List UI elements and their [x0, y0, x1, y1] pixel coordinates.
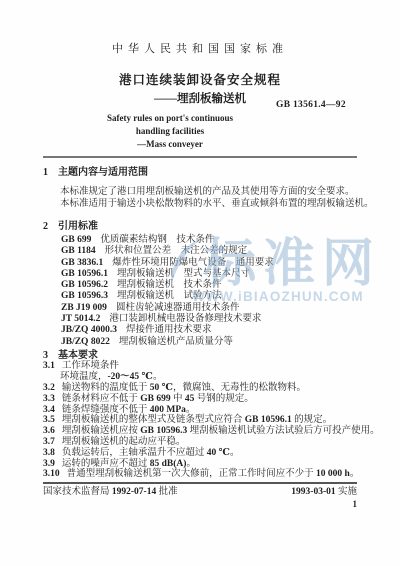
title-en-line-2: handling facilities [30, 125, 310, 138]
reference-name: 埋刮板输送机 技术条件 [117, 280, 222, 290]
reference-code: JT 5014.2 [61, 314, 100, 324]
requirement-item: 3.2输送物料的温度低于 50 ℃，微腐蚀、无毒性的松散物料。 [43, 383, 357, 394]
reference-name: 爆炸性环境用防爆电气设备 通用要求 [112, 258, 274, 268]
section-3-number: 3 [43, 350, 48, 361]
reference-code: GB 10596.2 [61, 280, 108, 290]
clause-number: 3.8 [43, 448, 55, 458]
section-1-paragraph-1: 本标准规定了港口用埋刮板输送机的产品及其使用等方面的安全要求。 [43, 186, 357, 198]
reference-code: JB/ZQ 4000.3 [61, 325, 117, 335]
standard-number: GB 13561.4—92 [276, 100, 346, 110]
clause-text: 埋刮板输送机的起动应平稳。 [62, 437, 186, 447]
footer: 国家技术监督局 1992-07-14 批准 1993-03-01 实施 [43, 487, 357, 498]
reference-item: GB 10596.1埋刮板输送机 型式与基本尺寸 [43, 269, 357, 280]
title-en-line-3: —Mass conveyer [30, 138, 310, 151]
reference-code: GB 699 [61, 235, 91, 245]
standard-document-page: 中华人民共和国国家标准 港口连续装卸设备安全规程 ——埋刮板输送机 GB 135… [0, 0, 400, 566]
section-1-title: 主题内容与适用范围 [58, 167, 148, 178]
reference-item: ZB J19 009圆柱齿轮减速器通用技术条件 [43, 303, 357, 314]
reference-item: JB/ZQ 4000.3焊接件通用技术要求 [43, 325, 357, 336]
section-3-heading: 3基本要求 [43, 350, 357, 362]
reference-name: 形状和位置公差 未注公差的规定 [105, 246, 248, 256]
reference-code: GB 1184 [61, 246, 96, 256]
clause-text: 埋刮板输送机应按 GB 10596.3 埋刮板输送机试验方法试验后方可投产使用。 [62, 426, 380, 436]
footer-divider [43, 482, 357, 484]
requirement-list: 3.1工作环境条件 环境温度，-20～45 ℃。 3.2输送物料的温度低于 50… [43, 361, 357, 480]
requirement-item: 3.4链条焊缝强度不低于 400 MPa。 [43, 405, 357, 416]
requirement-item: 3.6埋刮板输送机应按 GB 10596.3 埋刮板输送机试验方法试验后方可投产… [43, 426, 357, 437]
clause-number: 3.4 [43, 405, 55, 415]
reference-code: GB 3836.1 [61, 258, 103, 268]
clause-text: 运转的噪声应不超过 85 dB(A)。 [62, 459, 196, 469]
page-number: 1 [43, 499, 357, 509]
reference-name: 埋刮板输送机 型式与基本尺寸 [117, 269, 250, 279]
document-title-en: Safety rules on port's continuous handli… [30, 112, 310, 151]
section-2-title: 引用标准 [58, 221, 98, 232]
approval-authority-date: 国家技术监督局 1992-07-14 批准 [43, 487, 178, 498]
requirement-item: 3.9运转的噪声应不超过 85 dB(A)。 [43, 459, 357, 470]
clause-number: 3.2 [43, 383, 55, 393]
clause-text: 链条材料应不低于 GB 699 中 45 号钢的规定。 [62, 394, 254, 404]
reference-item: GB 3836.1爆炸性环境用防爆电气设备 通用要求 [43, 258, 357, 269]
clause-text: 输送物料的温度低于 50 ℃，微腐蚀、无毒性的松散物料。 [62, 383, 306, 393]
national-standard-header: 中华人民共和国国家标准 [0, 40, 400, 56]
clause-number: 3.10 [43, 469, 60, 479]
clause-text: 埋刮板输送机的整体型式及链条型式应符合 GB 10596.1 的规定。 [62, 415, 332, 425]
clause-text: 普通型埋刮板输送机第一次大修前，正常工作时间应不少于 10 000 h。 [67, 469, 360, 479]
reference-item: JB/ZQ 8022埋刮板输送机产品质量分等 [43, 337, 357, 348]
clause-text: 负载运转后，主轴承温升不应超过 40 ℃。 [62, 448, 240, 458]
implementation-date: 1993-03-01 实施 [291, 487, 357, 498]
requirement-item: 3.7埋刮板输送机的起动应平稳。 [43, 437, 357, 448]
reference-name: 焊接件通用技术要求 [126, 325, 212, 335]
environment-temperature-line: 环境温度，-20～45 ℃。 [43, 372, 357, 383]
clause-number: 3.1 [43, 361, 55, 371]
requirement-item: 3.5埋刮板输送机的整体型式及链条型式应符合 GB 10596.1 的规定。 [43, 415, 357, 426]
reference-name: 埋刮板输送机 试验方法 [117, 291, 222, 301]
reference-name: 港口装卸机械电器设备修理技术要求 [109, 314, 261, 324]
document-title-cn: 港口连续装卸设备安全规程 [0, 70, 400, 88]
reference-name: 优质碳素结构钢 技术条件 [100, 235, 214, 245]
reference-item: GB 699优质碳素结构钢 技术条件 [43, 235, 357, 246]
reference-code: GB 10596.1 [61, 269, 108, 279]
reference-code: GB 10596.3 [61, 291, 108, 301]
section-1-number: 1 [43, 167, 48, 178]
reference-item: GB 1184形状和位置公差 未注公差的规定 [43, 246, 357, 257]
requirement-item: 3.8负载运转后，主轴承温升不应超过 40 ℃。 [43, 448, 357, 459]
title-en-line-1: Safety rules on port's continuous [30, 112, 310, 125]
reference-name: 圆柱齿轮减速器通用技术条件 [116, 303, 240, 313]
document-body: 1主题内容与适用范围 本标准规定了港口用埋刮板输送机的产品及其使用等方面的安全要… [43, 167, 357, 480]
reference-item: GB 10596.3埋刮板输送机 试验方法 [43, 291, 357, 302]
reference-item: GB 10596.2埋刮板输送机 技术条件 [43, 280, 357, 291]
clause-number: 3.6 [43, 426, 55, 436]
reference-name: 埋刮板输送机产品质量分等 [119, 337, 233, 347]
clause-number: 3.5 [43, 415, 55, 425]
clause-text: 链条焊缝强度不低于 400 MPa。 [62, 405, 196, 415]
clause-number: 3.3 [43, 394, 55, 404]
section-1-heading: 1主题内容与适用范围 [43, 167, 357, 179]
reference-list: GB 699优质碳素结构钢 技术条件 GB 1184形状和位置公差 未注公差的规… [43, 235, 357, 348]
clause-number: 3.9 [43, 459, 55, 469]
reference-code: ZB J19 009 [61, 303, 107, 313]
requirement-item: 3.3链条材料应不低于 GB 699 中 45 号钢的规定。 [43, 394, 357, 405]
requirement-item: 3.1工作环境条件 [43, 361, 357, 372]
header-divider [43, 156, 357, 158]
section-2-number: 2 [43, 221, 48, 232]
reference-item: JT 5014.2港口装卸机械电器设备修理技术要求 [43, 314, 357, 325]
reference-code: JB/ZQ 8022 [61, 337, 110, 347]
section-3-title: 基本要求 [58, 350, 98, 361]
section-1-paragraph-2: 本标准适用于输送小块松散物料的水平、垂直或倾斜布置的埋刮板输送机。 [43, 198, 357, 210]
section-2-heading: 2引用标准 [43, 221, 357, 233]
requirement-item: 3.10普通型埋刮板输送机第一次大修前，正常工作时间应不少于 10 000 h。 [43, 469, 357, 480]
clause-text: 工作环境条件 [62, 361, 119, 371]
clause-number: 3.7 [43, 437, 55, 447]
